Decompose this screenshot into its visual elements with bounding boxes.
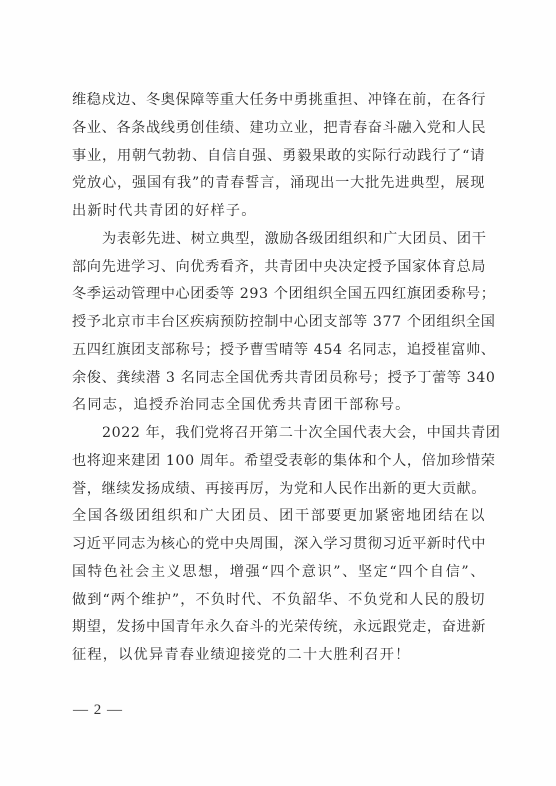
text-line: 冬季运动管理中心团委等 293 个团组织全国五四红旗团委称号； — [72, 281, 485, 309]
text-line: 2022 年，我们党将召开第二十次全国代表大会，中国共青团 — [72, 420, 485, 448]
text-line: 各业、各条战线勇创佳绩、建功立业，把青春奋斗融入党和人民 — [72, 115, 485, 143]
text-line: 誉，继续发扬成绩、再接再厉，为党和人民作出新的更大贡献。 — [72, 476, 485, 504]
page-number: — 2 — — [73, 702, 123, 719]
text-line: 维稳戍边、冬奥保障等重大任务中勇挑重担、冲锋在前，在各行 — [72, 87, 485, 115]
text-line: 习近平同志为核心的党中央周围，深入学习贯彻习近平新时代中 — [72, 531, 485, 559]
text-line: 出新时代共青团的好样子。 — [72, 198, 485, 226]
paragraph-2: 为表彰先进、树立典型，激励各级团组织和广大团员、团干 部向先进学习、向优秀看齐，… — [72, 226, 485, 420]
text-line: 期望，发扬中国青年永久奋斗的光荣传统，永远跟党走，奋进新 — [72, 614, 485, 642]
body-text: 维稳戍边、冬奥保障等重大任务中勇挑重担、冲锋在前，在各行 各业、各条战线勇创佳绩… — [72, 87, 485, 670]
text-line: 为表彰先进、树立典型，激励各级团组织和广大团员、团干 — [72, 226, 485, 254]
text-line: 国特色社会主义思想，增强“四个意识”、坚定“四个自信”、 — [72, 559, 485, 587]
paragraph-3: 2022 年，我们党将召开第二十次全国代表大会，中国共青团 也将迎来建团 100… — [72, 420, 485, 670]
document-page: 维稳戍边、冬奥保障等重大任务中勇挑重担、冲锋在前，在各行 各业、各条战线勇创佳绩… — [0, 0, 556, 786]
text-line: 做到“两个维护”，不负时代、不负韶华、不负党和人民的殷切 — [72, 587, 485, 615]
text-line: 也将迎来建团 100 周年。希望受表彰的集体和个人，倍加珍惜荣 — [72, 448, 485, 476]
text-line: 余俊、龚续潜 3 名同志全国优秀共青团员称号；授予丁蕾等 340 — [72, 365, 485, 393]
paragraph-1: 维稳戍边、冬奥保障等重大任务中勇挑重担、冲锋在前，在各行 各业、各条战线勇创佳绩… — [72, 87, 485, 226]
text-line: 授予北京市丰台区疾病预防控制中心团支部等 377 个团组织全国 — [72, 309, 485, 337]
text-line: 部向先进学习、向优秀看齐，共青团中央决定授予国家体育总局 — [72, 254, 485, 282]
text-line: 党放心，强国有我”的青春誓言，涌现出一大批先进典型，展现 — [72, 170, 485, 198]
text-line: 名同志，追授乔治同志全国优秀共青团干部称号。 — [72, 392, 485, 420]
text-line: 征程，以优异青春业绩迎接党的二十大胜利召开！ — [72, 642, 485, 670]
text-line: 五四红旗团支部称号；授予曹雪晴等 454 名同志，追授崔富帅、 — [72, 337, 485, 365]
text-line: 事业，用朝气勃勃、自信自强、勇毅果敢的实际行动践行了“请 — [72, 143, 485, 171]
text-line: 全国各级团组织和广大团员、团干部要更加紧密地团结在以 — [72, 503, 485, 531]
